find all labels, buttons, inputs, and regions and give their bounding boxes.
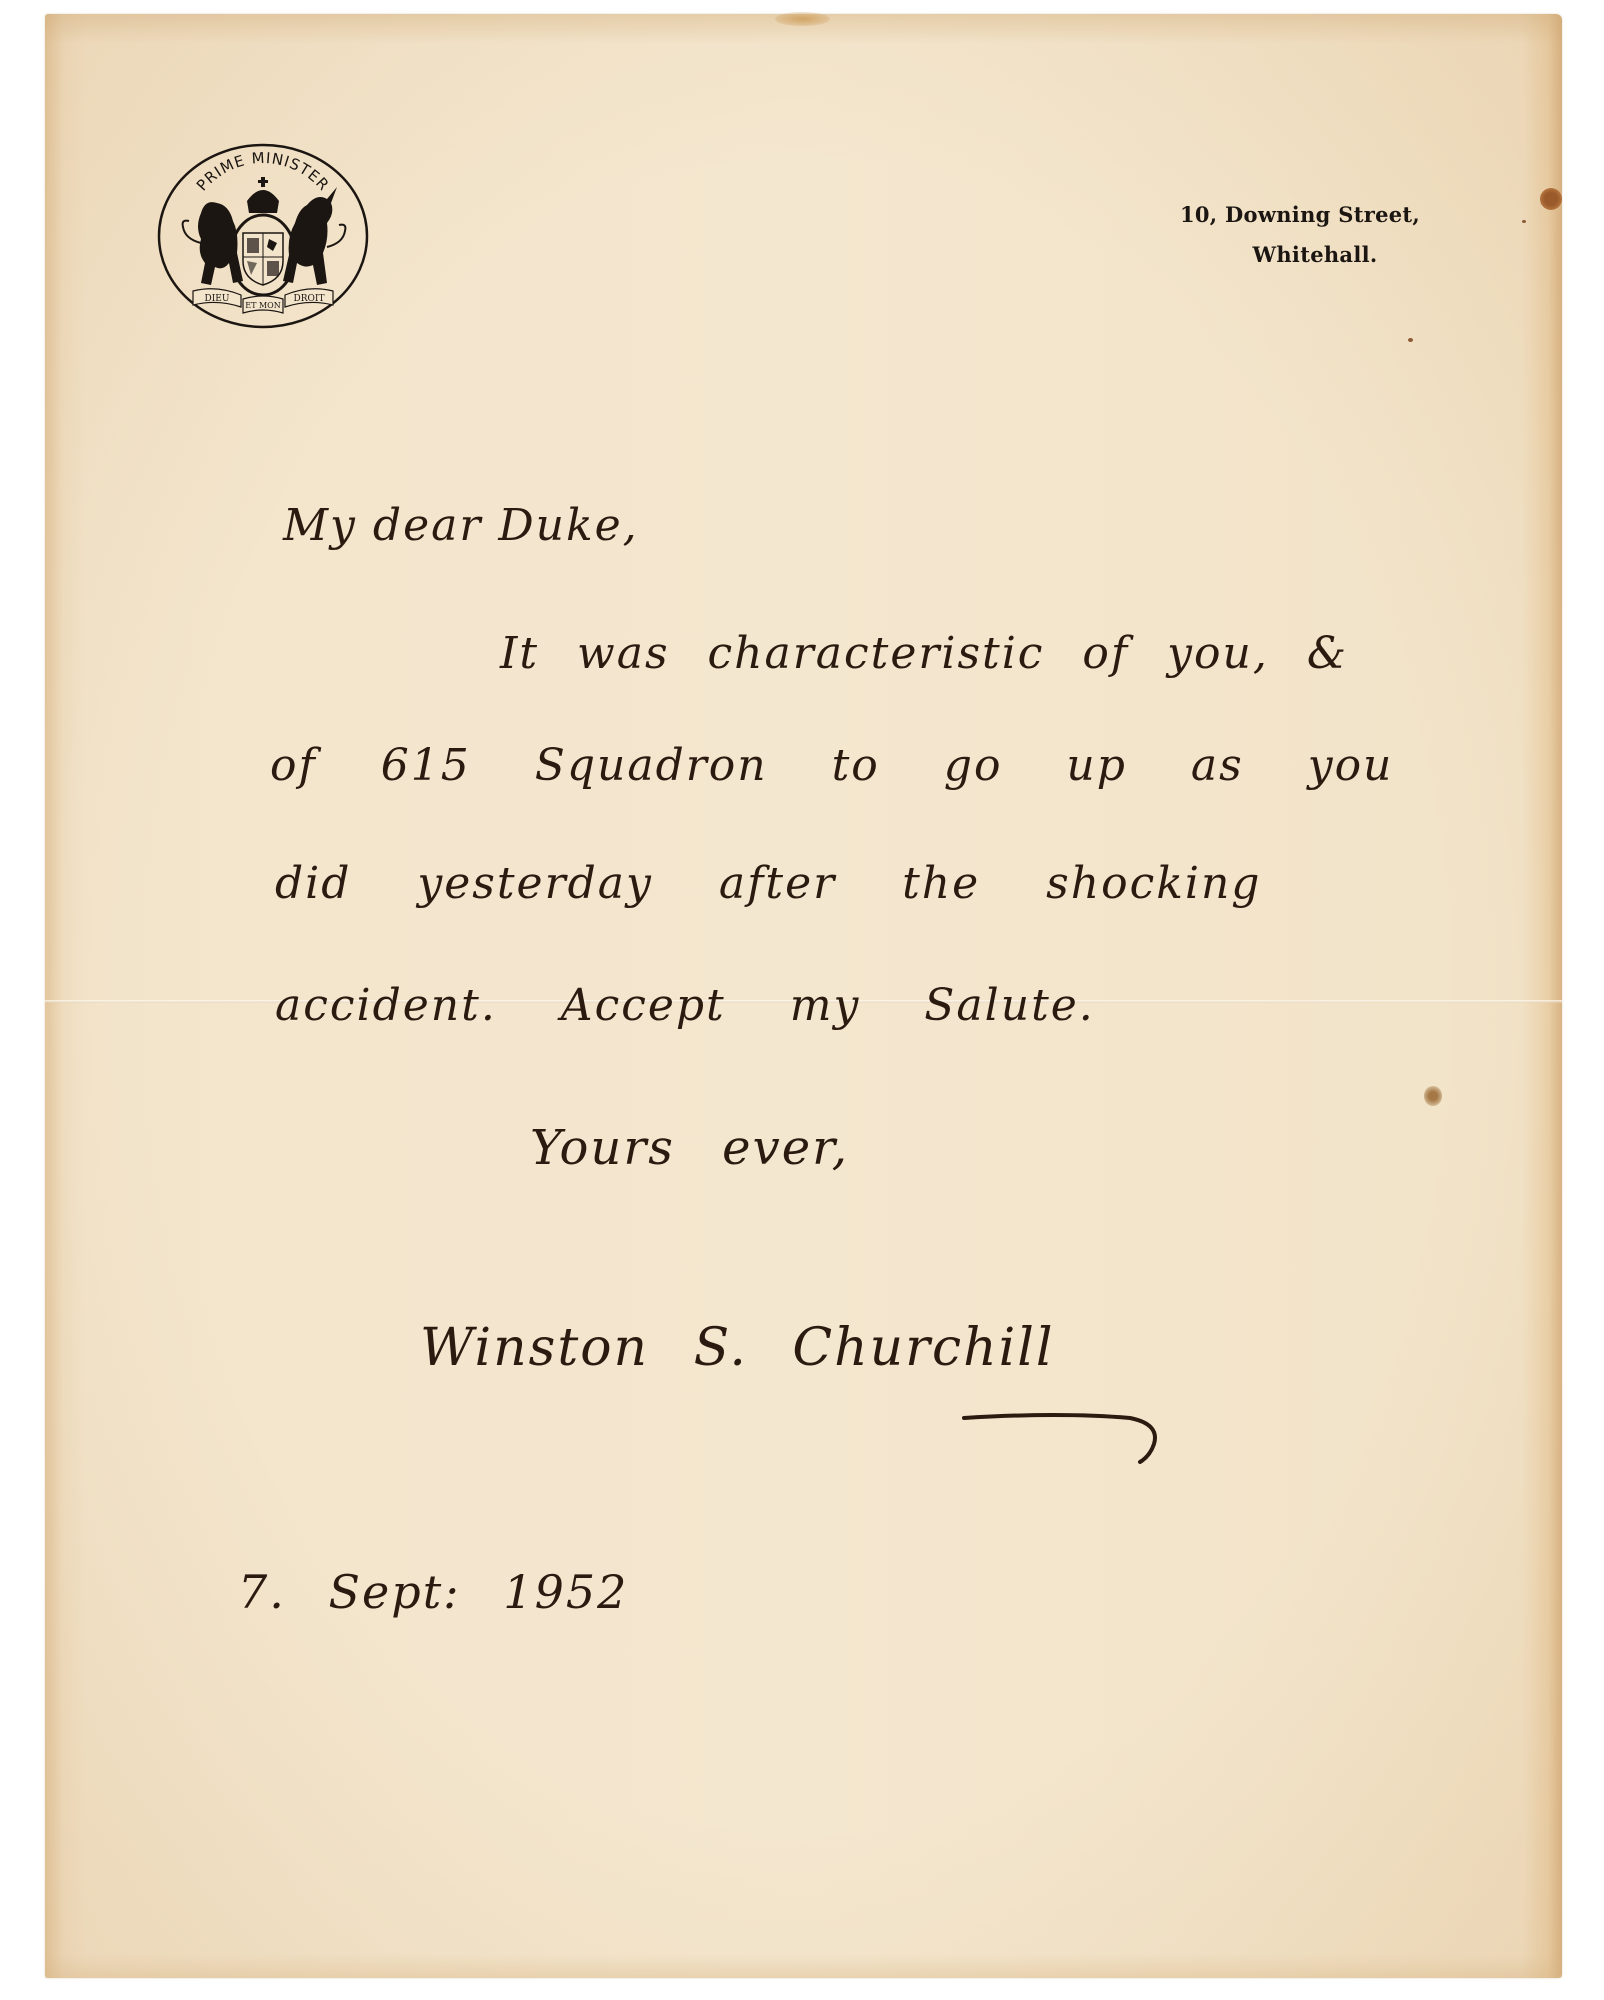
body-line-3: did yesterday after the shocking <box>275 858 1261 909</box>
stain-right-edge <box>1540 188 1562 210</box>
address-line-1: 10, Downing Street, <box>1150 195 1450 235</box>
speck <box>1522 220 1526 223</box>
speck <box>1408 338 1413 342</box>
signature-flourish <box>960 1410 1170 1470</box>
body-line-1: It was characteristic of you, & <box>500 628 1348 679</box>
address-line-2: Whitehall. <box>1150 235 1450 275</box>
signature: Winston S. Churchill <box>420 1318 1055 1378</box>
prime-minister-crest: PRIME MINISTER DIEU ET MON DROIT <box>157 143 369 329</box>
stain-top <box>775 12 830 26</box>
stain-middle-right <box>1424 1086 1442 1106</box>
salutation: My dear Duke, <box>283 500 639 551</box>
letterhead-address: 10, Downing Street, Whitehall. <box>1150 195 1450 275</box>
motto-center: ET MON <box>245 301 280 310</box>
letter-date: 7. Sept: 1952 <box>238 1565 628 1619</box>
flourish-stroke-icon <box>960 1410 1170 1470</box>
motto-left: DIEU <box>205 294 230 304</box>
body-line-4: accident. Accept my Salute. <box>275 980 1095 1031</box>
body-line-2: of 615 Squadron to go up as you <box>270 740 1393 791</box>
closing: Yours ever, <box>530 1120 849 1176</box>
motto-right: DROIT <box>294 294 325 304</box>
royal-coat-of-arms-icon: PRIME MINISTER DIEU ET MON DROIT <box>157 143 369 329</box>
